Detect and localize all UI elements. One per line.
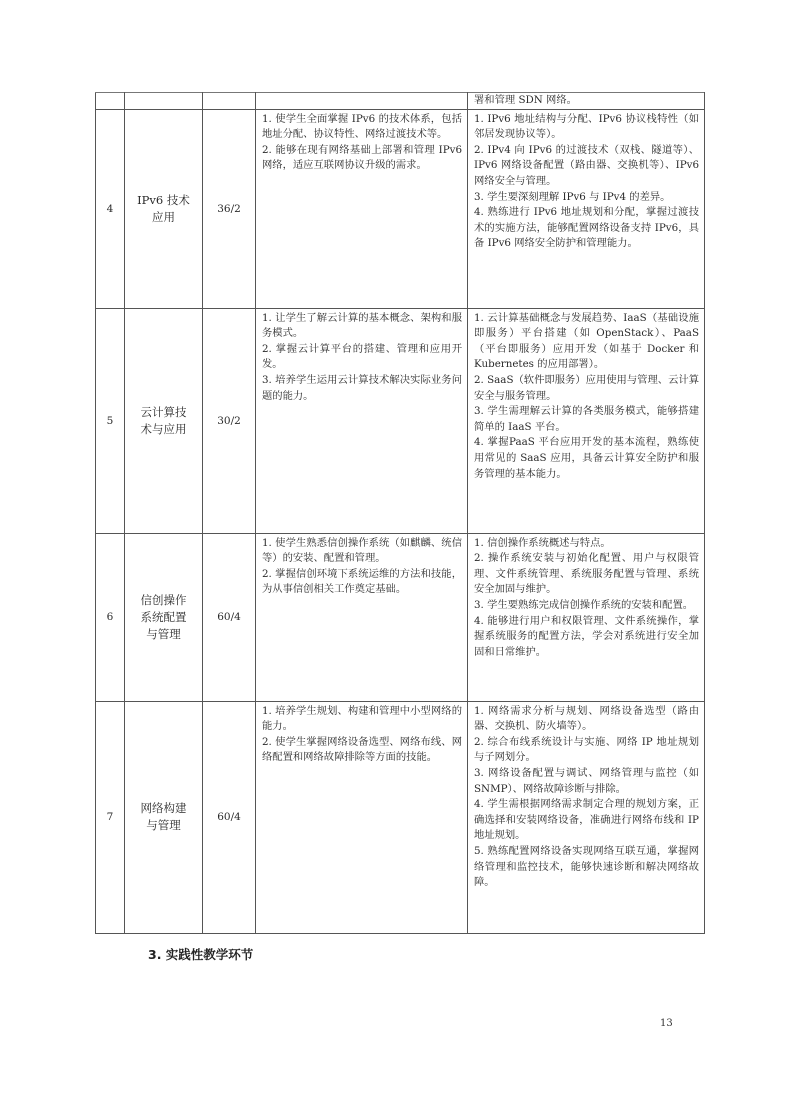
- cell-goal: [256, 93, 468, 110]
- cell-content: 1. IPv6 地址结构与分配、IPv6 协议栈特性（如邻居发现协议等）。 2.…: [468, 109, 705, 308]
- cell-hours: 30/2: [203, 308, 256, 533]
- table-row: 4 IPv6 技术应用 36/2 1. 使学生全面掌握 IPv6 的技术体系，包…: [96, 109, 705, 308]
- table-row: 7 网络构建与管理 60/4 1. 培养学生规划、构建和管理中小型网络的能力。 …: [96, 701, 705, 933]
- content-item: 3. 学生需理解云计算的各类服务模式，能够搭建简单的 IaaS 平台。: [474, 404, 699, 435]
- content-item: 1. 云计算基础概念与发展趋势、IaaS（基础设施即服务）平台搭建（如 Open…: [474, 311, 699, 373]
- cell-goal: 1. 使学生熟悉信创操作系统（如麒麟、统信等）的安装、配置和管理。 2. 掌握信…: [256, 533, 468, 701]
- cell-course-name: 网络构建与管理: [125, 701, 203, 933]
- table-row-continuation: 署和管理 SDN 网络。: [96, 93, 705, 110]
- section-heading: 3. 实践性教学环节: [148, 945, 253, 963]
- cell-content: 署和管理 SDN 网络。: [468, 93, 705, 110]
- goal-item: 1. 使学生熟悉信创操作系统（如麒麟、统信等）的安装、配置和管理。: [262, 536, 462, 567]
- goal-item: 2. 掌握云计算平台的搭建、管理和应用开发。: [262, 342, 462, 373]
- goal-item: 1. 培养学生规划、构建和管理中小型网络的能力。: [262, 704, 462, 735]
- goal-item: 3. 培养学生运用云计算技术解决实际业务问题的能力。: [262, 373, 462, 404]
- cell-no: 4: [96, 109, 125, 308]
- cell-goal: 1. 使学生全面掌握 IPv6 的技术体系，包括地址分配、协议特性、网络过渡技术…: [256, 109, 468, 308]
- cell-no: 7: [96, 701, 125, 933]
- cell-goal: 1. 培养学生规划、构建和管理中小型网络的能力。 2. 使学生掌握网络设备选型、…: [256, 701, 468, 933]
- cell-no: 6: [96, 533, 125, 701]
- content-item: 3. 网络设备配置与调试、网络管理与监控（如 SNMP）、网络故障诊断与排除。: [474, 766, 699, 797]
- page-number: 13: [660, 1018, 673, 1029]
- cell-hours: [203, 93, 256, 110]
- cell-course-name: IPv6 技术应用: [125, 109, 203, 308]
- content-item: 2. 综合布线系统设计与实施、网络 IP 地址规划与子网划分。: [474, 735, 699, 766]
- cell-course-name: 信创操作系统配置与管理: [125, 533, 203, 701]
- course-name-text: IPv6 技术应用: [136, 192, 192, 226]
- content-item: 4. 掌握PaaS 平台应用开发的基本流程，熟练使用常见的 SaaS 应用，具备…: [474, 435, 699, 482]
- cell-no: 5: [96, 308, 125, 533]
- content-item: 4. 熟练进行 IPv6 地址规划和分配，掌握过渡技术的实施方法，能够配置网络设…: [474, 205, 699, 252]
- cell-content: 1. 信创操作系统概述与特点。 2. 操作系统安装与初始化配置、用户与权限管理、…: [468, 533, 705, 701]
- goal-item: 1. 使学生全面掌握 IPv6 的技术体系，包括地址分配、协议特性、网络过渡技术…: [262, 112, 462, 143]
- cell-content: 1. 云计算基础概念与发展趋势、IaaS（基础设施即服务）平台搭建（如 Open…: [468, 308, 705, 533]
- course-name-text: 网络构建与管理: [136, 800, 192, 834]
- course-name-text: 云计算技术与应用: [136, 404, 192, 438]
- content-item: 5. 熟练配置网络设备实现网络互联互通，掌握网络管理和监控技术，能够快速诊断和解…: [474, 844, 699, 891]
- content-item: 4. 能够进行用户和权限管理、文件系统操作，掌握系统服务的配置方法，学会对系统进…: [474, 614, 699, 661]
- content-item: 2. 操作系统安装与初始化配置、用户与权限管理、文件系统管理、系统服务配置与管理…: [474, 551, 699, 598]
- content-item: 1. 网络需求分析与规划、网络设备选型（路由器、交换机、防火墙等）。: [474, 704, 699, 735]
- goal-item: 2. 掌握信创环境下系统运维的方法和技能，为从事信创相关工作奠定基础。: [262, 567, 462, 598]
- content-item: 1. IPv6 地址结构与分配、IPv6 协议栈特性（如邻居发现协议等）。: [474, 112, 699, 143]
- cell-content: 1. 网络需求分析与规划、网络设备选型（路由器、交换机、防火墙等）。 2. 综合…: [468, 701, 705, 933]
- content-item: 3. 学生要深刻理解 IPv6 与 IPv4 的差异。: [474, 190, 699, 206]
- content-item: 2. SaaS（软件即服务）应用使用与管理、云计算安全与服务管理。: [474, 373, 699, 404]
- content-item: 2. IPv4 向 IPv6 的过渡技术（双栈、隧道等）、IPv6 网络设备配置…: [474, 143, 699, 190]
- document-page: 署和管理 SDN 网络。 4 IPv6 技术应用 36/2 1. 使学生全面掌握…: [0, 0, 800, 1100]
- goal-item: 1. 让学生了解云计算的基本概念、架构和服务模式。: [262, 311, 462, 342]
- curriculum-table: 署和管理 SDN 网络。 4 IPv6 技术应用 36/2 1. 使学生全面掌握…: [95, 92, 705, 934]
- content-item: 4. 学生需根据网络需求制定合理的规划方案，正确选择和安装网络设备，准确进行网络…: [474, 797, 699, 844]
- cell-course-name: 云计算技术与应用: [125, 308, 203, 533]
- cell-course-name: [125, 93, 203, 110]
- cell-hours: 36/2: [203, 109, 256, 308]
- table-row: 6 信创操作系统配置与管理 60/4 1. 使学生熟悉信创操作系统（如麒麟、统信…: [96, 533, 705, 701]
- goal-item: 2. 能够在现有网络基础上部署和管理 IPv6 网络，适应互联网协议升级的需求。: [262, 143, 462, 174]
- cell-hours: 60/4: [203, 533, 256, 701]
- content-item: 3. 学生要熟练完成信创操作系统的安装和配置。: [474, 598, 699, 614]
- content-item: 1. 信创操作系统概述与特点。: [474, 536, 699, 552]
- goal-item: 2. 使学生掌握网络设备选型、网络布线、网络配置和网络故障排除等方面的技能。: [262, 735, 462, 766]
- table-row: 5 云计算技术与应用 30/2 1. 让学生了解云计算的基本概念、架构和服务模式…: [96, 308, 705, 533]
- cell-goal: 1. 让学生了解云计算的基本概念、架构和服务模式。 2. 掌握云计算平台的搭建、…: [256, 308, 468, 533]
- cell-no: [96, 93, 125, 110]
- course-name-text: 信创操作系统配置与管理: [136, 592, 192, 643]
- cell-hours: 60/4: [203, 701, 256, 933]
